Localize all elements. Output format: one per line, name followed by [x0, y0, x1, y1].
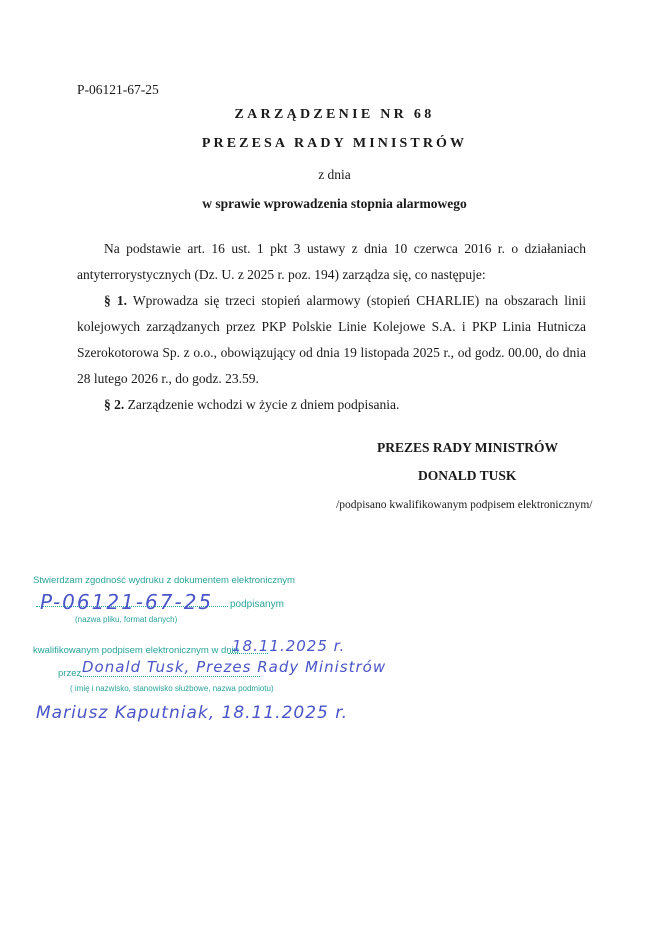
stamp-by-label: przez [58, 668, 81, 679]
stamp-signed-label: podpisanym [230, 599, 284, 610]
signature-note: /podpisano kwalifikowanym podpisem elekt… [336, 499, 592, 511]
paragraph-2: § 2. Zarządzenie wchodzi w życie z dniem… [77, 392, 586, 418]
signature-name: DONALD TUSK [418, 468, 516, 484]
reference-number: P-06121-67-25 [77, 82, 159, 98]
document-date: z dnia [0, 167, 669, 183]
handwritten-signer: Donald Tusk, Prezes Rady Ministrów [82, 658, 386, 676]
handwritten-certifier: Mariusz Kaputniak, 18.11.2025 r. [36, 703, 348, 723]
paragraph-text: Zarządzenie wchodzi w życie z dniem podp… [124, 397, 399, 412]
handwritten-file-name: P-06121-67-25 [40, 590, 213, 614]
paragraph-1: § 1. Wprowadza się trzeci stopień alarmo… [77, 288, 586, 392]
signature-role: PREZES RADY MINISTRÓW [377, 440, 558, 456]
handwritten-date: 18.11.2025 r. [232, 637, 345, 655]
paragraph-mark: § 1. [104, 293, 127, 308]
stamp-person-hint: ( imię i nazwisko, stanowisko służbowe, … [70, 684, 274, 693]
stamp-line-1: Stwierdzam zgodność wydruku z dokumentem… [33, 575, 295, 586]
document-issuer: PREZESA RADY MINISTRÓW [0, 136, 669, 152]
preamble: Na podstawie art. 16 ust. 1 pkt 3 ustawy… [77, 236, 586, 288]
paragraph-text: Wprowadza się trzeci stopień alarmowy (s… [77, 293, 586, 386]
paragraph-mark: § 2. [104, 397, 124, 412]
stamp-line-2: kwalifikowanym podpisem elektronicznym w… [33, 645, 239, 656]
document-subject: w sprawie wprowadzenia stopnia alarmoweg… [0, 196, 669, 212]
stamp-file-hint: (nazwa pliku, format danych) [75, 615, 177, 624]
document-title: ZARZĄDZENIE NR 68 [0, 107, 669, 123]
stamp-dotted-line-person [80, 676, 260, 677]
